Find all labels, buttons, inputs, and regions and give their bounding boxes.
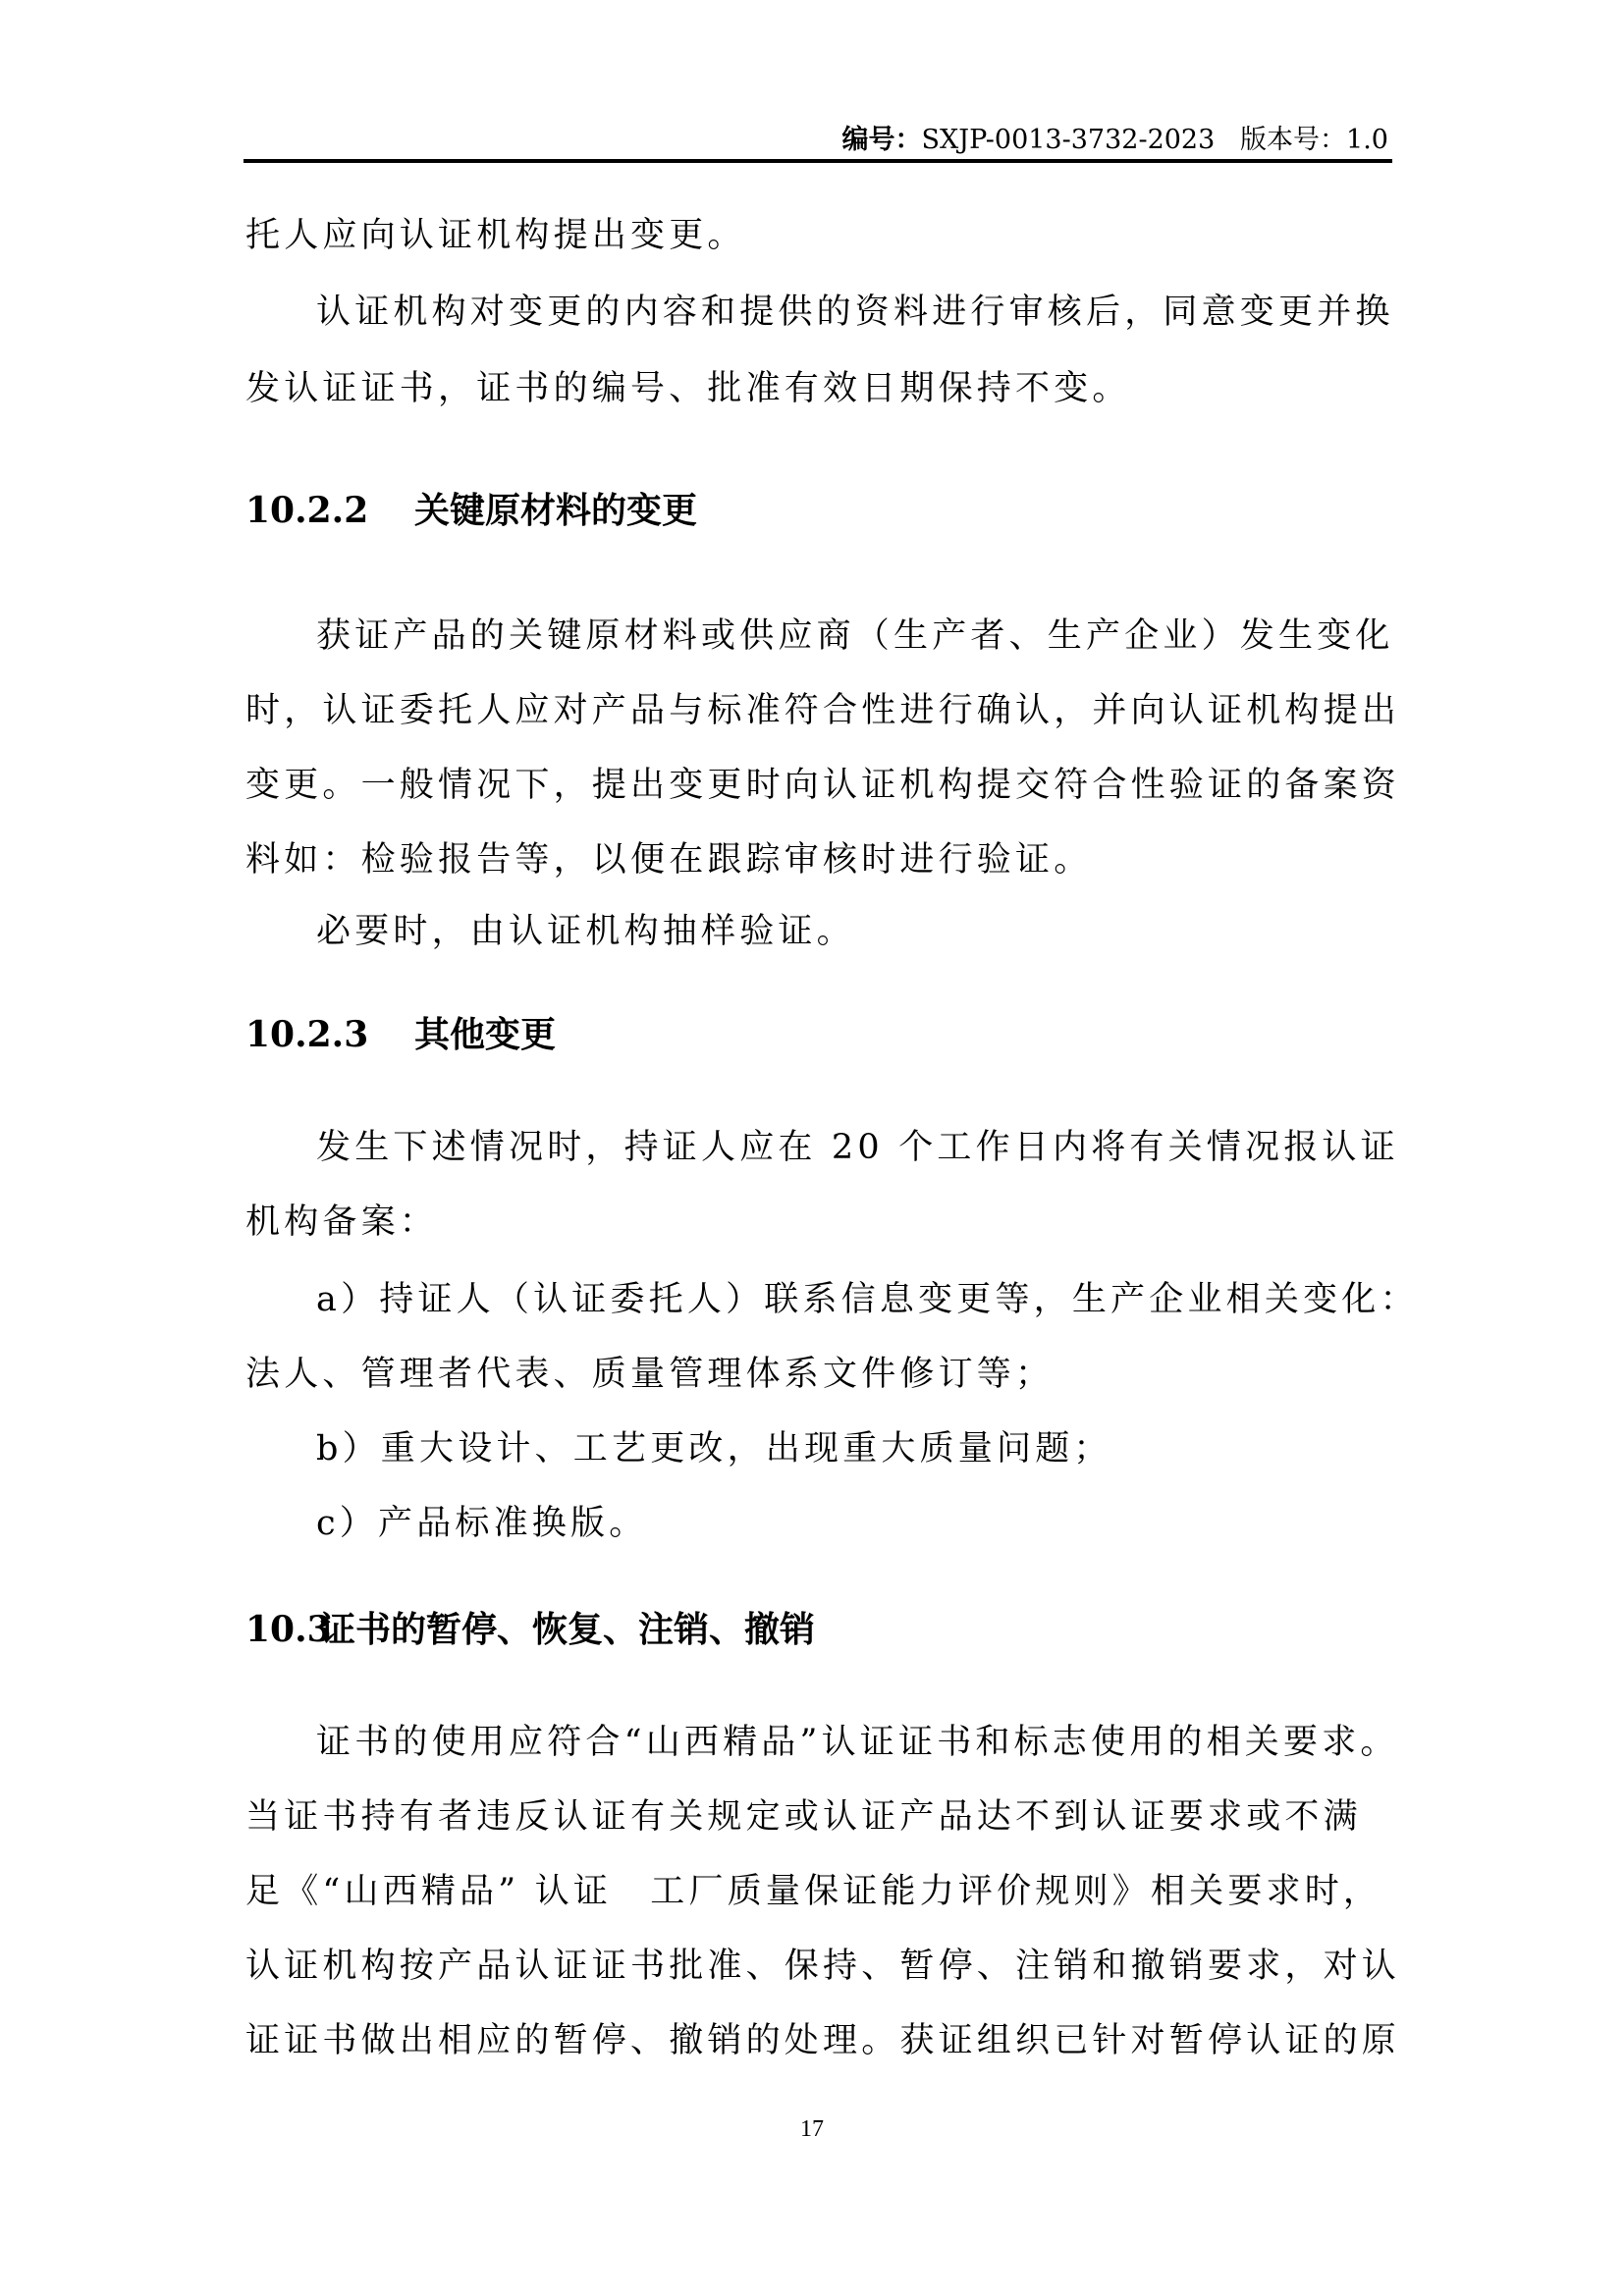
list-item-a-line: 法人、管理者代表、质量管理体系文件修订等； [245,1355,1386,1394]
section-title: 证书的暂停、恢复、注销、撤销 [320,1610,815,1649]
version-label: 版本号： [1240,125,1346,155]
paragraph-line: 认证机构对变更的内容和提供的资料进行审核后，同意变更并换 [245,293,1457,332]
section-number: 10.2.2 [245,491,414,530]
paragraph-line: 发认证证书，证书的编号、批准有效日期保持不变。 [245,369,1386,408]
paragraph-line: 料如：检验报告等，以便在跟踪审核时进行验证。 [245,840,1386,880]
section-number: 10.3 [245,1610,320,1649]
paragraph-line: 当证书持有者违反认证有关规定或认证产品达不到认证要求或不满 [245,1797,1386,1837]
doc-number-label: 编号： [842,125,922,155]
section-title: 其他变更 [414,1015,556,1054]
section-title: 关键原材料的变更 [414,491,697,530]
section-number: 10.2.3 [245,1015,414,1054]
list-item-b: b）重大设计、工艺更改，出现重大质量问题； [245,1429,1457,1468]
list-item-c: c）产品标准换版。 [245,1504,1457,1543]
page-number: 17 [0,2116,1624,2143]
paragraph-line: 托人应向认证机构提出变更。 [245,216,1386,255]
paragraph-line: 足《“山西精品” 认证 工厂质量保证能力评价规则》相关要求时， [245,1872,1386,1911]
paragraph-line: 时，认证委托人应对产品与标准符合性进行确认，并向认证机构提出 [245,691,1386,730]
document-page: 编号：SXJP-0013-3732-2023 版本号：1.0 托人应向认证机构提… [0,0,1624,2296]
paragraph-line: 发生下述情况时，持证人应在 20 个工作日内将有关情况报认证 [245,1128,1457,1167]
version-number: 1.0 [1346,125,1388,155]
header-doc-info: 编号：SXJP-0013-3732-2023 版本号：1.0 [842,118,1388,156]
paragraph-line: 证证书做出相应的暂停、撤销的处理。获证组织已针对暂停认证的原 [245,2021,1386,2060]
paragraph-line: 必要时，由认证机构抽样验证。 [245,912,1457,951]
section-heading-10-2-3: 10.2.3其他变更 [245,1015,556,1054]
paragraph-line: 获证产品的关键原材料或供应商（生产者、生产企业）发生变化 [245,616,1457,656]
paragraph-line: 认证机构按产品认证证书批准、保持、暂停、注销和撤销要求，对认 [245,1947,1386,1986]
doc-number: SXJP-0013-3732-2023 [922,125,1216,155]
section-heading-10-3: 10.3证书的暂停、恢复、注销、撤销 [245,1610,815,1649]
page-header: 编号：SXJP-0013-3732-2023 版本号：1.0 [244,116,1392,163]
list-item-a-line: a）持证人（认证委托人）联系信息变更等，生产企业相关变化： [245,1280,1457,1319]
paragraph-line: 变更。一般情况下，提出变更时向认证机构提交符合性验证的备案资 [245,766,1386,805]
paragraph-line: 证书的使用应符合“山西精品”认证证书和标志使用的相关要求。 [245,1723,1457,1762]
paragraph-line: 机构备案： [245,1202,1386,1242]
section-heading-10-2-2: 10.2.2关键原材料的变更 [245,491,697,530]
